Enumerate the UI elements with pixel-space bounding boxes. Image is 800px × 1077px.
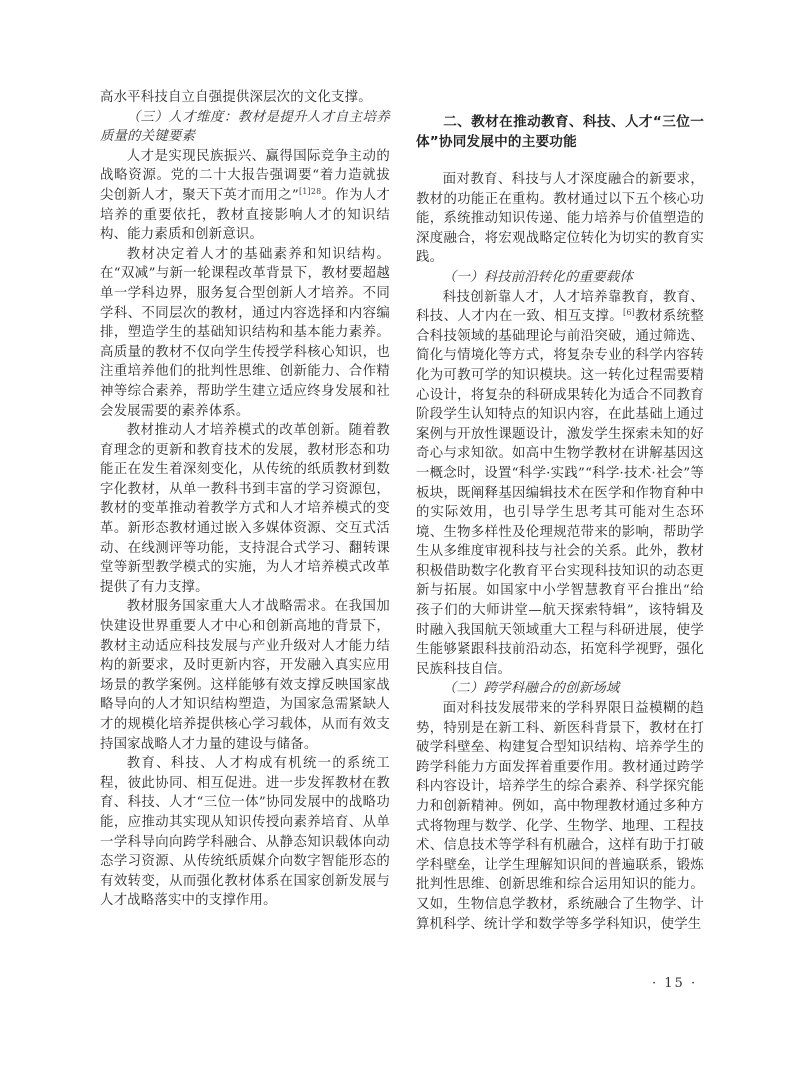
paragraph-intro: 面对教育、科技与人才深度融合的新要求，教材的功能正在重构。教材通过以下五个核心功… — [416, 170, 704, 268]
paragraph-training-model: 教材推动人才培养模式的改革创新。随着教育理念的更新和教育技术的发展，教材形态和功… — [100, 421, 390, 597]
paragraph-continued: 高水平科技自立自强提供深层次的文化支撑。 — [100, 88, 390, 108]
paragraph-system-engineering: 教育、科技、人才构成有机统一的系统工程，彼此协同、相互促进。进一步发挥教材在教育… — [100, 754, 390, 911]
paragraph-national-strategy: 教材服务国家重大人才战略需求。在我国加快建设世界重要人才中心和创新高地的背景下，… — [100, 597, 390, 754]
paragraph-talent-strategy: 人才是实现民族振兴、赢得国际竞争主动的战略资源。党的二十大报告强调要“着力造就拔… — [100, 147, 390, 245]
subheading-talent-dimension: （三）人才维度：教材是提升人才自主培养质量的关键要素 — [100, 108, 390, 147]
paragraph-knowledge-structure: 教材决定着人才的基础素养和知识结构。在“双减”与新一轮课程改革背景下，教材要超越… — [100, 245, 390, 421]
citation-ref: [6] — [623, 308, 635, 317]
paragraph-tech-frontier: 科技创新靠人才，人才培养靠教育，教育、科技、人才内在一致、相互支撑。[6]教材系… — [416, 288, 704, 680]
citation-ref: [1]28 — [299, 187, 322, 196]
left-column: 高水平科技自立自强提供深层次的文化支撑。 （三）人才维度：教材是提升人才自主培养… — [100, 88, 390, 911]
subheading-interdisciplinary: （二）跨学科融合的创新场域 — [416, 679, 704, 699]
paragraph-text-tail: 教材系统整合科技领域的基础理论与前沿突破，通过筛选、简化与情境化等方式，将复杂专… — [416, 309, 704, 677]
section-heading: 二、教材在推动教育、科技、人才“三位一体”协同发展中的主要功能 — [416, 112, 704, 152]
right-column: 二、教材在推动教育、科技、人才“三位一体”协同发展中的主要功能 面对教育、科技与… — [416, 88, 704, 934]
paragraph-interdisciplinary: 面对科技发展带来的学科界限日益模糊的趋势，特别是在新工科、新医科背景下，教材在打… — [416, 699, 704, 934]
subheading-tech-frontier: （一）科技前沿转化的重要载体 — [416, 268, 704, 288]
page-number: · 15 · — [652, 976, 697, 991]
